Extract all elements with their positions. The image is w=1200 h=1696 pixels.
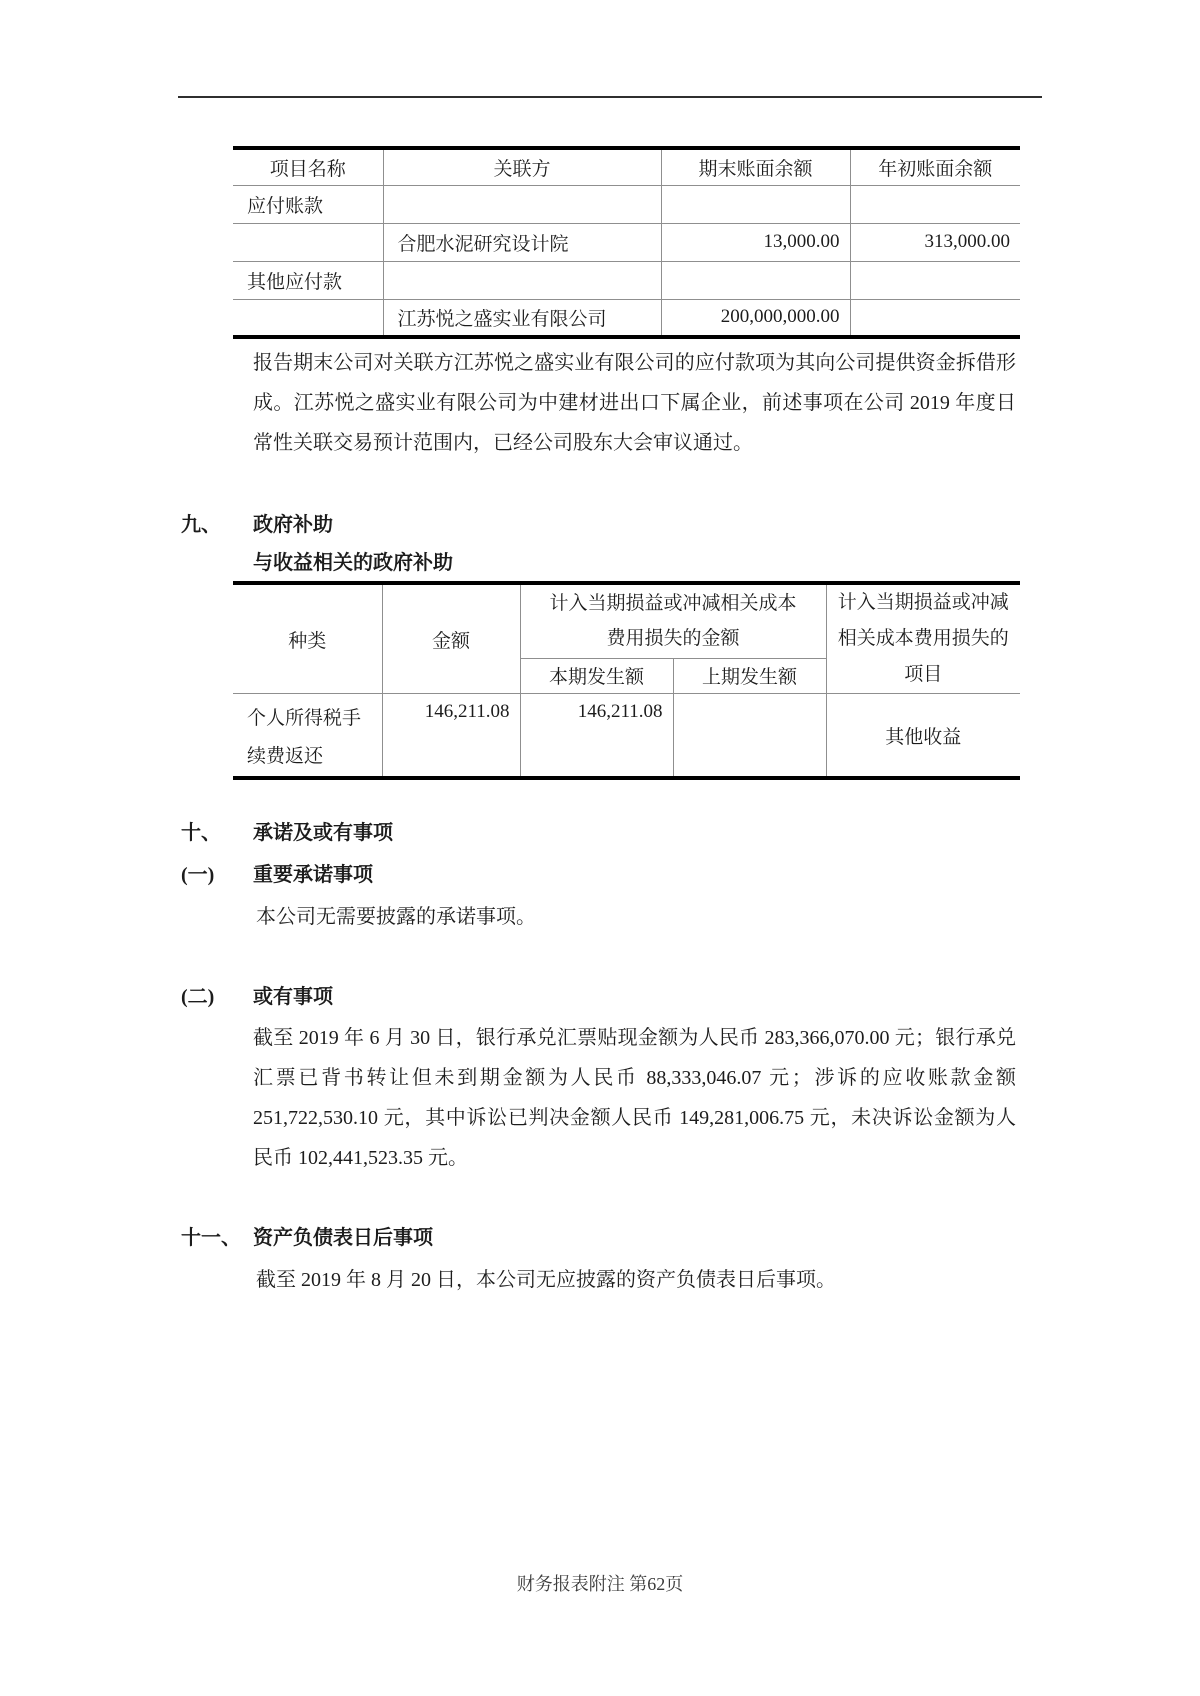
table-header-row: 项目名称 关联方 期末账面余额 年初账面余额 bbox=[233, 148, 1020, 185]
table-cell: 江苏悦之盛实业有限公司 bbox=[383, 299, 661, 337]
col-header-ending-balance: 期末账面余额 bbox=[661, 148, 850, 185]
table-cell bbox=[850, 261, 1020, 299]
table-cell: 146,211.08 bbox=[382, 694, 520, 779]
table-cell: 其他收益 bbox=[826, 694, 1020, 779]
table-header-row: 种类 金额 计入当期损益或冲减相关成本费用损失的金额 计入当期损益或冲减相关成本… bbox=[233, 583, 1020, 658]
section-11-number: 十一、 bbox=[181, 1224, 253, 1252]
section-10-2-body: 截至 2019 年 6 月 30 日，银行承兑汇票贴现金额为人民币 283,36… bbox=[253, 1018, 1016, 1178]
col-header-item: 项目名称 bbox=[233, 148, 383, 185]
table-cell bbox=[661, 261, 850, 299]
table-cell bbox=[233, 223, 383, 261]
col-header-beginning-balance: 年初账面余额 bbox=[850, 148, 1020, 185]
section-10-1-body: 本公司无需要披露的承诺事项。 bbox=[256, 897, 536, 937]
table-row: 合肥水泥研究设计院 13,000.00 313,000.00 bbox=[233, 223, 1020, 261]
section-10-title: 承诺及或有事项 bbox=[253, 819, 393, 847]
table-cell: 其他应付款 bbox=[233, 261, 383, 299]
section-11-heading: 十一、 资产负债表日后事项 bbox=[181, 1224, 433, 1252]
table-cell bbox=[233, 299, 383, 337]
col-header-group-amount: 计入当期损益或冲减相关成本费用损失的金额 bbox=[520, 583, 826, 658]
page-footer: 财务报表附注 第62页 bbox=[0, 1570, 1200, 1596]
col-header-type: 种类 bbox=[233, 583, 382, 694]
section-9-heading: 九、 政府补助 bbox=[181, 511, 333, 539]
table-cell bbox=[383, 185, 661, 223]
table-cell: 13,000.00 bbox=[661, 223, 850, 261]
section-11-body: 截至 2019 年 8 月 20 日，本公司无应披露的资产负债表日后事项。 bbox=[256, 1260, 836, 1300]
gov-subsidy-table: 种类 金额 计入当期损益或冲减相关成本费用损失的金额 计入当期损益或冲减相关成本… bbox=[233, 581, 1020, 780]
section-10-2-title: 或有事项 bbox=[253, 983, 333, 1011]
table-cell bbox=[383, 261, 661, 299]
col-header-related-party: 关联方 bbox=[383, 148, 661, 185]
table-cell: 146,211.08 bbox=[520, 694, 673, 779]
section-10-2-number: (二) bbox=[181, 983, 253, 1011]
section-10-1-title: 重要承诺事项 bbox=[253, 861, 373, 889]
table-cell bbox=[850, 299, 1020, 337]
section-9-subtitle: 与收益相关的政府补助 bbox=[253, 549, 453, 577]
table-row: 江苏悦之盛实业有限公司 200,000,000.00 bbox=[233, 299, 1020, 337]
col-header-item: 计入当期损益或冲减相关成本费用损失的项目 bbox=[826, 583, 1020, 694]
table-cell bbox=[850, 185, 1020, 223]
table-cell: 313,000.00 bbox=[850, 223, 1020, 261]
table-cell bbox=[661, 185, 850, 223]
table-row: 其他应付款 bbox=[233, 261, 1020, 299]
table-cell: 应付账款 bbox=[233, 185, 383, 223]
section-10-1-number: (一) bbox=[181, 861, 253, 889]
table-cell bbox=[673, 694, 826, 779]
col-header-prior-period: 上期发生额 bbox=[673, 658, 826, 693]
table-row: 应付账款 bbox=[233, 185, 1020, 223]
table-cell: 合肥水泥研究设计院 bbox=[383, 223, 661, 261]
col-header-current-period: 本期发生额 bbox=[520, 658, 673, 693]
col-header-amount: 金额 bbox=[382, 583, 520, 694]
related-party-table: 项目名称 关联方 期末账面余额 年初账面余额 应付账款 合肥水泥研究设计院 13… bbox=[233, 146, 1020, 339]
section-10-2-heading: (二) 或有事项 bbox=[181, 983, 333, 1011]
related-party-note: 报告期末公司对关联方江苏悦之盛实业有限公司的应付款项为其向公司提供资金拆借形成。… bbox=[253, 343, 1016, 463]
section-10-number: 十、 bbox=[181, 819, 253, 847]
section-9-number: 九、 bbox=[181, 511, 253, 539]
table-cell: 200,000,000.00 bbox=[661, 299, 850, 337]
section-10-1-heading: (一) 重要承诺事项 bbox=[181, 861, 373, 889]
table-cell: 个人所得税手续费返还 bbox=[233, 694, 382, 779]
document-page: 项目名称 关联方 期末账面余额 年初账面余额 应付账款 合肥水泥研究设计院 13… bbox=[0, 0, 1200, 1696]
section-10-heading: 十、 承诺及或有事项 bbox=[181, 819, 393, 847]
table-row: 个人所得税手续费返还 146,211.08 146,211.08 其他收益 bbox=[233, 694, 1020, 779]
page-header-rule bbox=[178, 96, 1042, 98]
section-9-title: 政府补助 bbox=[253, 511, 333, 539]
section-11-title: 资产负债表日后事项 bbox=[253, 1224, 433, 1252]
